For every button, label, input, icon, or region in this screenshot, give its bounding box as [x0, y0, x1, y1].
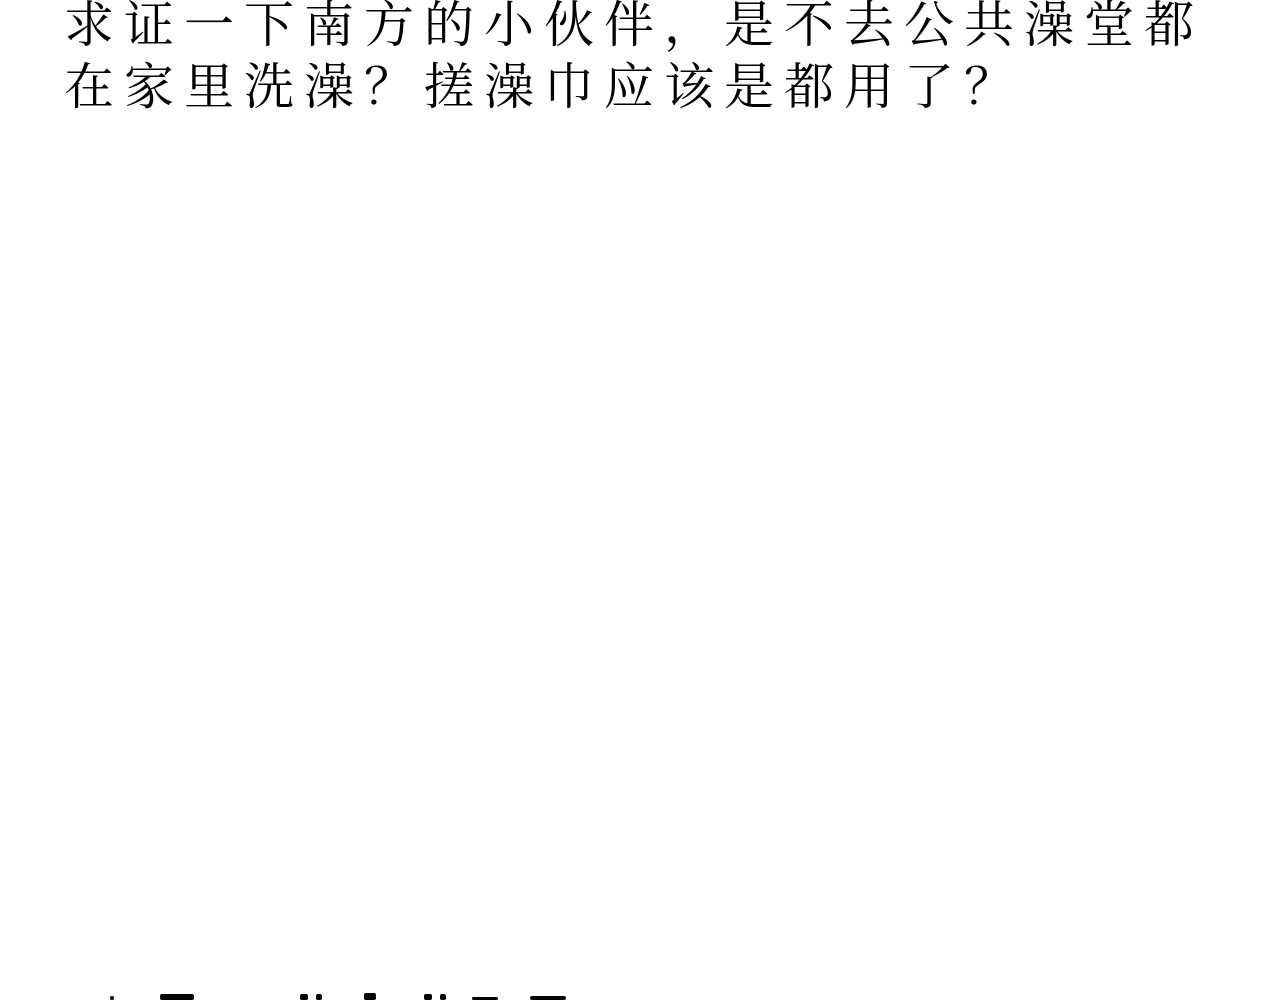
cropped-glyph-fragment: [110, 996, 114, 1000]
caption-text: 求证一下南方的小伙伴，是不去公共澡堂都 在家里洗澡？搓澡巾应该是都用了？: [64, 0, 1244, 118]
cropped-glyph-fragment: [160, 994, 194, 1000]
caption-line-2: 在家里洗澡？搓澡巾应该是都用了？: [64, 56, 1244, 118]
cropped-glyph-fragment: [530, 996, 566, 1000]
cropped-glyph-fragment: [316, 994, 322, 1000]
cropped-glyph-fragment: [440, 994, 446, 1000]
cropped-bottom-text: [0, 0, 1280, 1000]
cropped-glyph-fragment: [424, 994, 432, 1000]
cropped-glyph-fragment: [364, 993, 376, 1000]
cropped-glyph-fragment: [300, 994, 308, 1000]
caption-line-1: 求证一下南方的小伙伴，是不去公共澡堂都: [64, 0, 1244, 56]
